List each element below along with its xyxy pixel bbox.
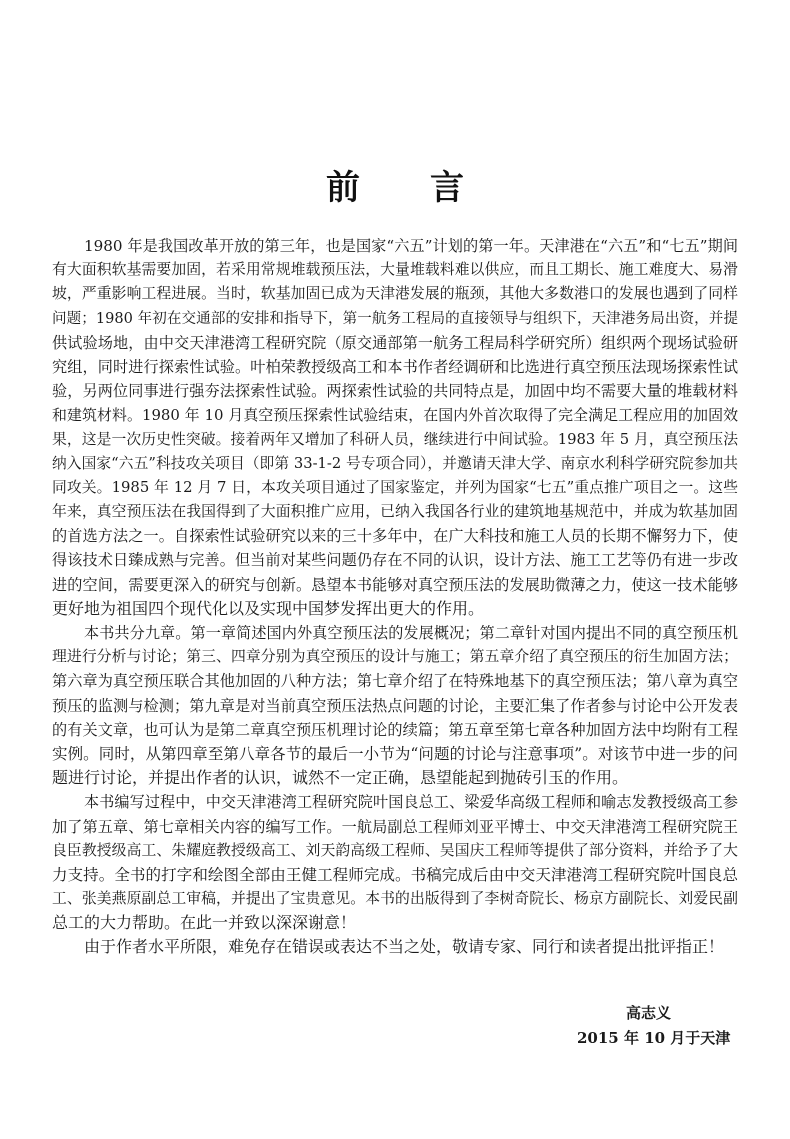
text-line: 实例。同时，从第四章至第八章各节的最后一小节为“问题的讨论与注意事项”。对该节中… [52, 742, 738, 766]
text-line: 总工的大力帮助。在此一并致以深深谢意！ [52, 911, 738, 935]
text-line: 工、张美燕原副总工审稿，并提出了宝贵意见。本书的出版得到了李树奇院长、杨京方副院… [52, 887, 738, 911]
text-line: 第六章为真空预压联合其他加固的八种方法；第七章介绍了在特殊地基下的真空预压法；第… [52, 669, 738, 693]
text-line: 进的空间，需要更深入的研究与创新。恳望本书能够对真空预压法的发展助微薄之力，使这… [52, 573, 738, 597]
paragraph-2: 本书共分九章。第一章简述国内外真空预压法的发展概况；第二章针对国内提出不同的真空… [52, 621, 738, 790]
text-line: 有大面积软基需要加固，若采用常规堆载预压法，大量堆载料难以供应，而且工期长、施工… [52, 258, 738, 282]
text-line: 的首选方法之一。自探索性试验研究以来的三十多年中，在广大科技和施工人员的长期不懈… [52, 524, 738, 548]
text-line: 坡，严重影响工程进展。当时，软基加固已成为天津港发展的瓶颈，其他大多数港口的发展… [52, 282, 738, 306]
title-char-1: 前 [326, 160, 360, 209]
paragraph-3: 本书编写过程中，中交天津港湾工程研究院叶国良总工、梁爱华高级工程师和喻志发教授级… [52, 790, 738, 935]
text-line: 良臣教授级高工、朱耀庭教授级高工、刘天韵高级工程师、吴国庆工程师等提供了部分资料… [52, 839, 738, 863]
text-line: 本书共分九章。第一章简述国内外真空预压法的发展概况；第二章针对国内提出不同的真空… [52, 621, 738, 645]
text-line: 同攻关。1985 年 12 月 7 日，本攻关项目通过了国家鉴定，并列为国家“七… [52, 476, 738, 500]
page-title: 前言 [0, 160, 790, 209]
text-line: 年来，真空预压法在我国得到了大面积推广应用，已纳入我国各行业的建筑地基规范中，并… [52, 500, 738, 524]
text-line: 究组，同时进行探索性试验。叶柏荣教授级高工和本书作者经调研和比选进行真空预压法现… [52, 355, 738, 379]
text-line: 问题；1980 年初在交通部的安排和指导下，第一航务工程局的直接领导与组织下，天… [52, 307, 738, 331]
text-line: 更好地为祖国四个现代化以及实现中国梦发挥出更大的作用。 [52, 597, 738, 621]
date-place: 2015 年 10 月于天津 [577, 1027, 730, 1048]
preface-page: 前言 1980 年是我国改革开放的第三年，也是国家“六五”计划的第一年。天津港在… [0, 0, 790, 1139]
text-line: 力支持。全书的打字和绘图全部由王健工程师完成。书稿完成后由中交天津港湾工程研究院… [52, 863, 738, 887]
preface-body: 1980 年是我国改革开放的第三年，也是国家“六五”计划的第一年。天津港在“六五… [52, 234, 738, 960]
author-name: 高志义 [626, 1002, 671, 1023]
text-line: 预压的监测与检测；第九章是对当前真空预压法热点问题的讨论，主要汇集了作者参与讨论… [52, 694, 738, 718]
text-line: 的有关文章，也可认为是第二章真空预压机理讨论的续篇；第五章至第七章各种加固方法中… [52, 718, 738, 742]
text-line: 理进行分析与讨论；第三、四章分别为真空预压的设计与施工；第五章介绍了真空预压的衍… [52, 645, 738, 669]
paragraph-1: 1980 年是我国改革开放的第三年，也是国家“六五”计划的第一年。天津港在“六五… [52, 234, 738, 621]
text-line: 和建筑材料。1980 年 10 月真空预压探索性试验结束，在国内外首次取得了完全… [52, 403, 738, 427]
text-line: 得该技术日臻成熟与完善。但当前对某些问题仍存在不同的认识，设计方法、施工工艺等仍… [52, 548, 738, 572]
text-line: 纳入国家“六五”科技攻关项目（即第 33-1-2 号专项合同），并邀请天津大学、… [52, 452, 738, 476]
text-line: 果，这是一次历史性突破。接着两年又增加了科研人员，继续进行中间试验。1983 年… [52, 428, 738, 452]
text-line: 验，另两位同事进行强夯法探索性试验。两探索性试验的共同特点是，加固中均不需要大量… [52, 379, 738, 403]
text-line: 本书编写过程中，中交天津港湾工程研究院叶国良总工、梁爱华高级工程师和喻志发教授级… [52, 790, 738, 814]
title-char-2: 言 [430, 160, 464, 209]
paragraph-4: 由于作者水平所限，难免存在错误或表达不当之处，敬请专家、同行和读者提出批评指正！ [52, 935, 738, 959]
text-line: 题进行讨论，并提出作者的认识，诚然不一定正确，恳望能起到抛砖引玉的作用。 [52, 766, 738, 790]
text-line: 加了第五章、第七章相关内容的编写工作。一航局副总工程师刘亚平博士、中交天津港湾工… [52, 815, 738, 839]
text-line: 由于作者水平所限，难免存在错误或表达不当之处，敬请专家、同行和读者提出批评指正！ [52, 935, 738, 959]
text-line: 1980 年是我国改革开放的第三年，也是国家“六五”计划的第一年。天津港在“六五… [52, 234, 738, 258]
text-line: 供试验场地，由中交天津港湾工程研究院（原交通部第一航务工程局科学研究所）组织两个… [52, 331, 738, 355]
